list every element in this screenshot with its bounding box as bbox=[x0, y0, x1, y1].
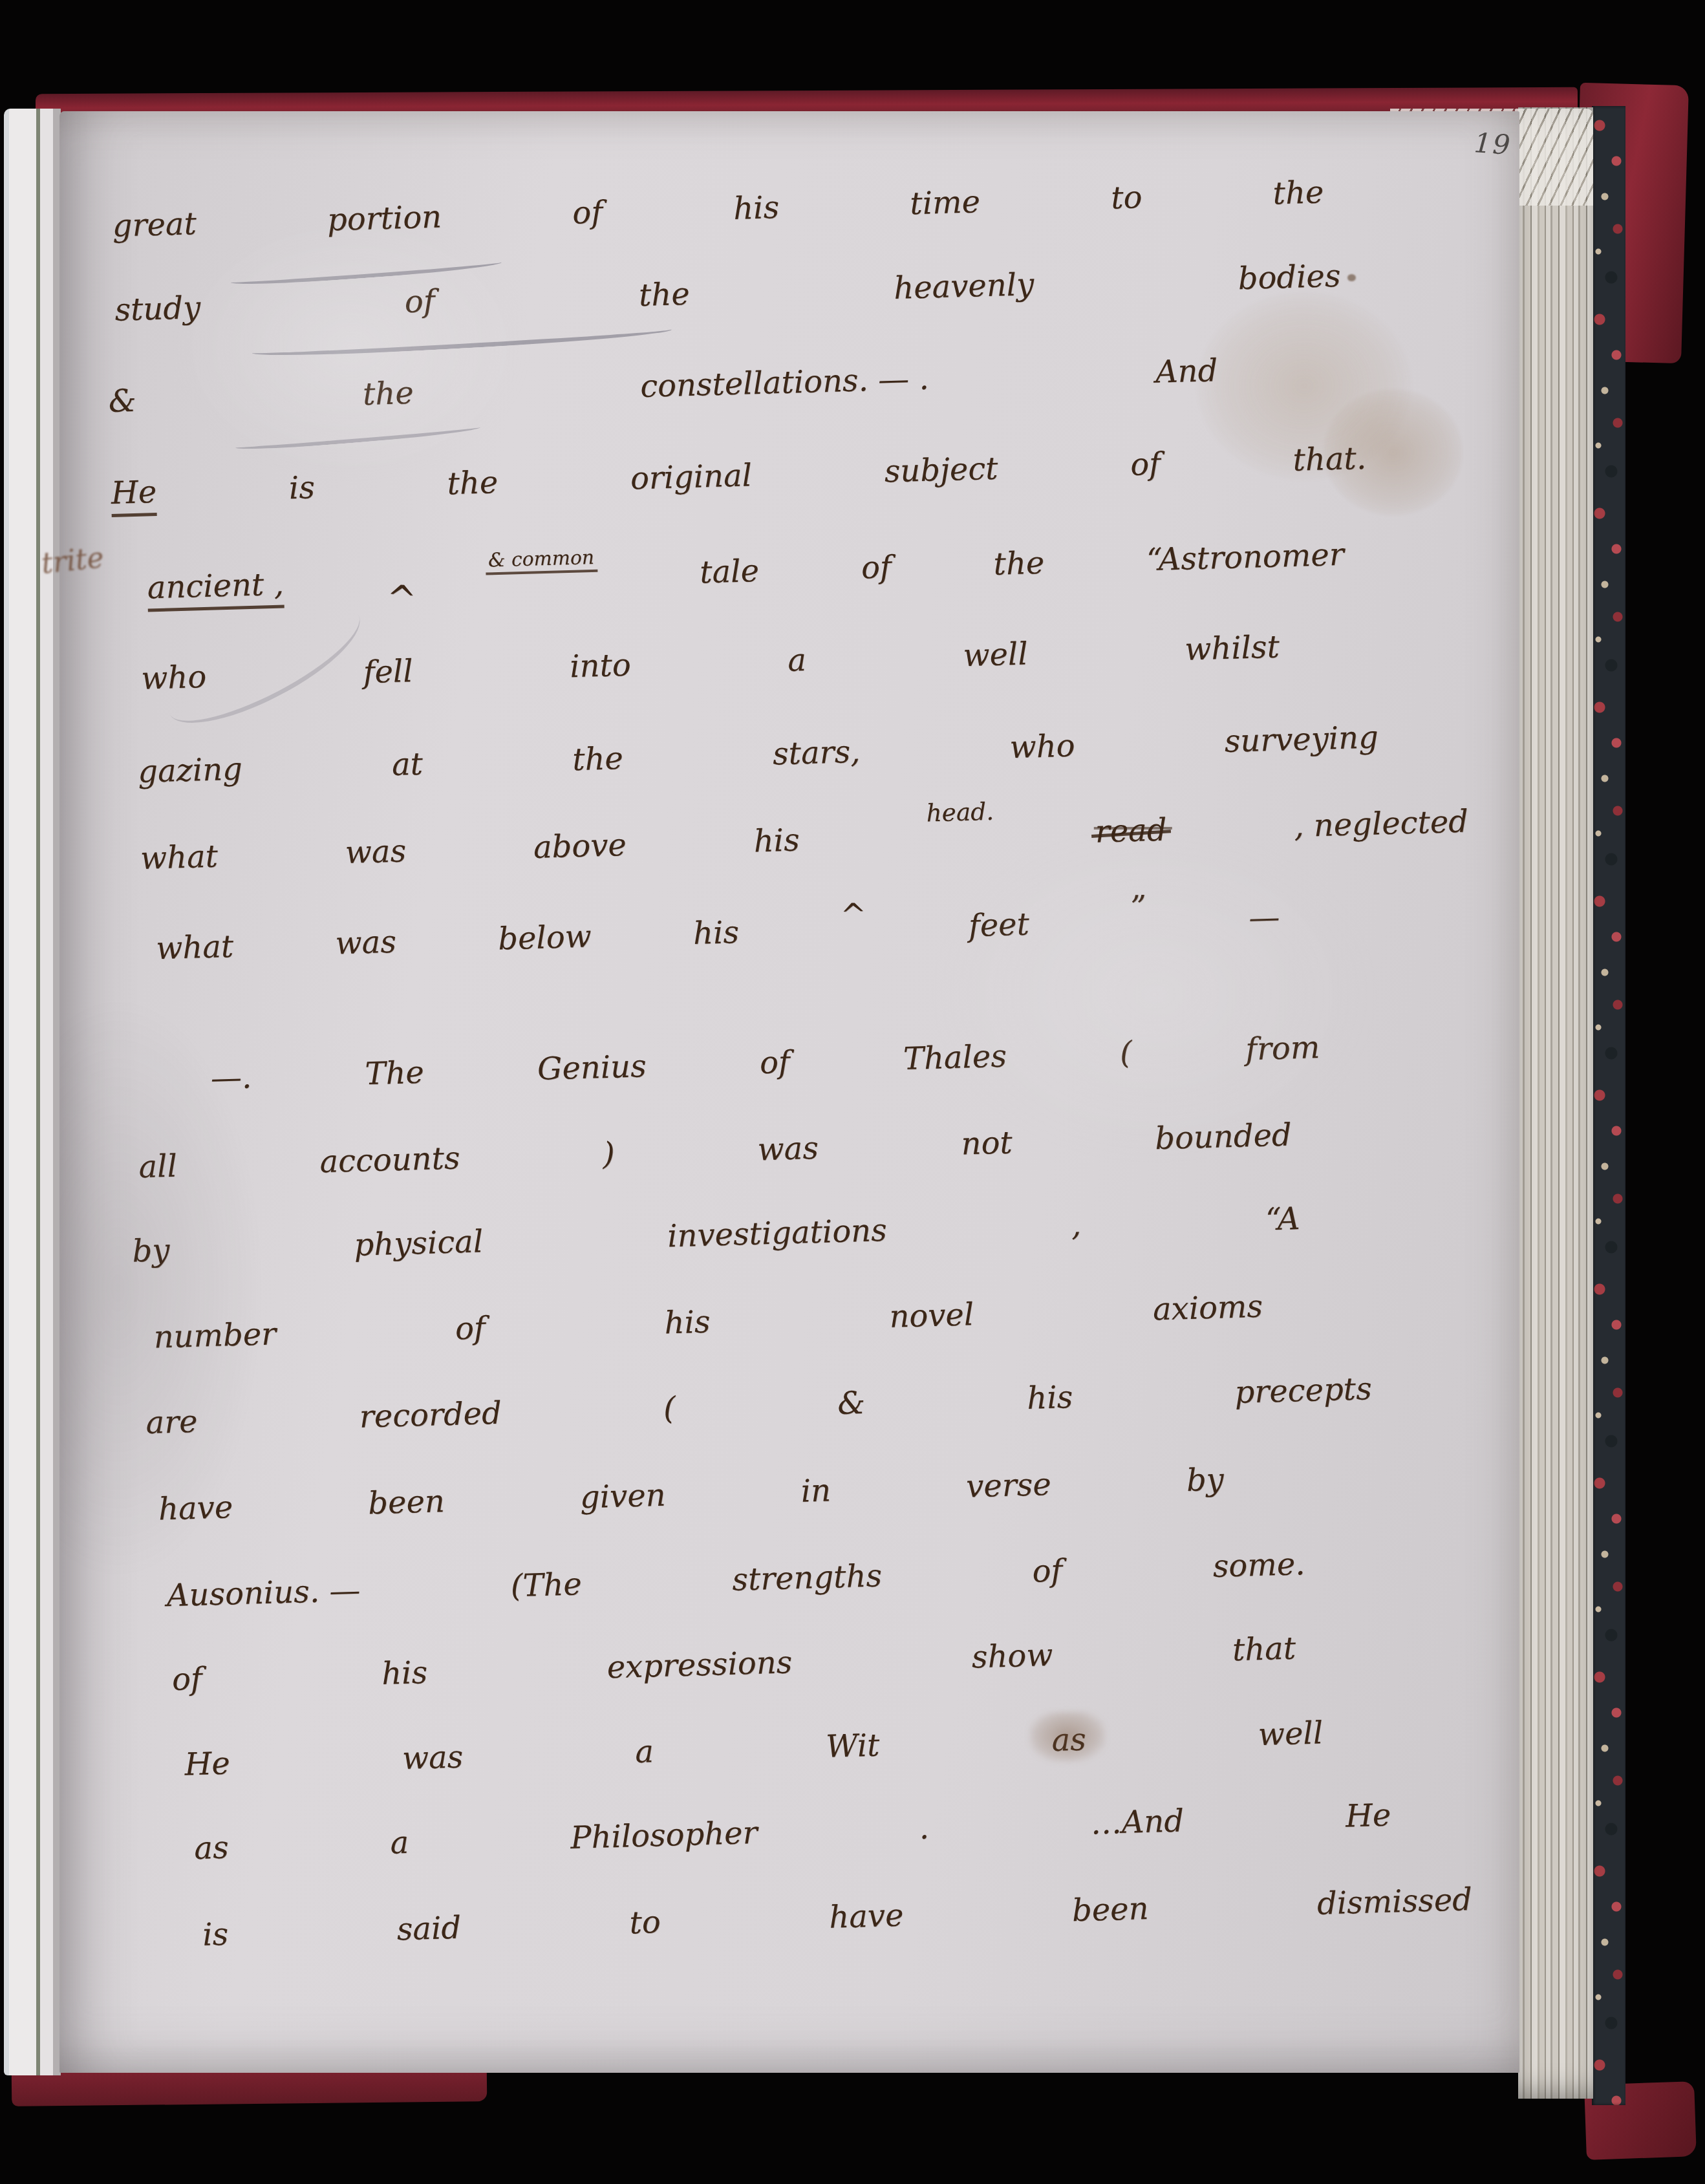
manuscript-word: been bbox=[1071, 1890, 1149, 1929]
pencil-underline-study-of bbox=[252, 322, 672, 359]
manuscript-word: feet bbox=[968, 906, 1029, 945]
manuscript-word: in bbox=[800, 1472, 831, 1509]
manuscript-word: by bbox=[132, 1232, 170, 1270]
manuscript-line: Ausonius. —(Thestrengthsofsome. bbox=[166, 1546, 1305, 1614]
manuscript-line: —.TheGeniusofThales(from bbox=[210, 1029, 1320, 1097]
manuscript-word: head. bbox=[926, 797, 994, 828]
manuscript-word: have bbox=[158, 1489, 233, 1527]
manuscript-word: number bbox=[153, 1316, 277, 1355]
manuscript-word: & common bbox=[485, 546, 597, 575]
manuscript-word: constellations. — . bbox=[639, 361, 929, 405]
manuscript-word: are bbox=[145, 1404, 198, 1441]
manuscript-line: whatwasabovehishead.read, neglected bbox=[140, 804, 1469, 877]
manuscript-word: bodies bbox=[1238, 258, 1341, 297]
manuscript-word: what bbox=[155, 928, 233, 967]
manuscript-word: The bbox=[365, 1055, 425, 1093]
photograph-backdrop: { "book": { "page_number": "19", "margin… bbox=[0, 0, 1705, 2184]
manuscript-word: as bbox=[194, 1830, 230, 1867]
manuscript-word: a bbox=[787, 642, 806, 679]
manuscript-word: He bbox=[1345, 1797, 1391, 1834]
marbled-endpaper-edge bbox=[1592, 106, 1625, 2105]
manuscript-word: He bbox=[184, 1746, 231, 1783]
manuscript-word: recorded bbox=[359, 1395, 502, 1435]
manuscript-line: Heistheoriginalsubjectofthat. bbox=[111, 440, 1367, 517]
manuscript-line: ofhisexpressionsshowthat bbox=[171, 1630, 1296, 1698]
manuscript-word: his bbox=[381, 1654, 427, 1692]
manuscript-word: physical bbox=[354, 1223, 484, 1263]
manuscript-word: is bbox=[202, 1916, 229, 1953]
manuscript-word: And bbox=[1155, 352, 1218, 391]
manuscript-word: who bbox=[1009, 727, 1075, 765]
manuscript-word: & bbox=[837, 1385, 865, 1422]
manuscript-word: was bbox=[345, 833, 407, 871]
manuscript-word: “Astronomer bbox=[1146, 537, 1345, 579]
manuscript-word: ” bbox=[1130, 889, 1147, 926]
manuscript-word: was bbox=[402, 1739, 464, 1777]
manuscript-word: great bbox=[112, 206, 197, 244]
manuscript-word: …And bbox=[1090, 1803, 1185, 1841]
manuscript-word: into bbox=[569, 647, 631, 685]
manuscript-word: of bbox=[1032, 1553, 1063, 1590]
manuscript-word: . bbox=[919, 1810, 930, 1846]
manuscript-word: his bbox=[753, 822, 800, 859]
manuscript-word: all bbox=[138, 1148, 178, 1186]
manuscript-word: have bbox=[829, 1898, 905, 1936]
manuscript-word: the bbox=[362, 375, 414, 412]
manuscript-word: He bbox=[111, 474, 157, 517]
manuscript-word: the bbox=[638, 276, 690, 314]
manuscript-text-block: greatportionofhistimetothestudyoftheheav… bbox=[32, 91, 1547, 2093]
manuscript-word: the bbox=[1272, 174, 1324, 211]
manuscript-word: whilst bbox=[1184, 629, 1280, 668]
manuscript-word: of bbox=[861, 549, 892, 586]
manuscript-word: ( bbox=[1119, 1034, 1132, 1071]
manuscript-word: ^ bbox=[385, 577, 418, 621]
manuscript-word: stars, bbox=[772, 734, 861, 773]
manuscript-word: novel bbox=[889, 1296, 974, 1335]
manuscript-line: HewasaWitaswell bbox=[184, 1715, 1324, 1783]
manuscript-word: Wit bbox=[825, 1728, 880, 1765]
manuscript-word: his bbox=[1027, 1379, 1073, 1417]
manuscript-line: havebeengiveninverseby bbox=[158, 1461, 1224, 1527]
manuscript-word: of bbox=[404, 283, 435, 320]
manuscript-word: his bbox=[692, 914, 739, 952]
margin-note: trite bbox=[40, 541, 105, 581]
manuscript-word: not bbox=[961, 1124, 1013, 1162]
manuscript-word: well bbox=[1258, 1715, 1324, 1753]
manuscript-word: who bbox=[140, 659, 206, 697]
manuscript-word: heavenly bbox=[894, 266, 1035, 306]
manuscript-word: ) bbox=[602, 1136, 615, 1173]
manuscript-word: ^ bbox=[840, 897, 867, 934]
manuscript-word: tale bbox=[699, 553, 759, 591]
manuscript-word: subject bbox=[884, 451, 998, 490]
manuscript-word: axioms bbox=[1152, 1289, 1263, 1328]
manuscript-word: was bbox=[757, 1130, 819, 1168]
manuscript-word: his bbox=[664, 1304, 711, 1342]
manuscript-word: of bbox=[572, 195, 603, 231]
manuscript-word: that. bbox=[1292, 440, 1367, 478]
manuscript-line: studyoftheheavenlybodies bbox=[114, 258, 1342, 328]
manuscript-word: of bbox=[759, 1044, 790, 1081]
manuscript-word: & bbox=[108, 383, 136, 420]
manuscript-word: at bbox=[391, 746, 423, 783]
manuscript-word: given bbox=[579, 1477, 666, 1516]
manuscript-word: above bbox=[533, 827, 627, 866]
manuscript-line: gazingatthestars,whosurveying bbox=[137, 719, 1378, 790]
manuscript-word: portion bbox=[327, 199, 442, 239]
manuscript-word: show bbox=[971, 1637, 1053, 1675]
manuscript-word: a bbox=[390, 1825, 409, 1861]
manuscript-word: his bbox=[733, 189, 779, 227]
manuscript-word: surveying bbox=[1224, 719, 1379, 760]
manuscript-word: what bbox=[140, 839, 218, 877]
manuscript-word: gazing bbox=[137, 751, 242, 789]
manuscript-word: of bbox=[171, 1661, 202, 1698]
manuscript-word: of bbox=[1130, 446, 1161, 483]
manuscript-word: strengths bbox=[732, 1558, 883, 1598]
manuscript-word: a bbox=[635, 1733, 654, 1770]
manuscript-word: study bbox=[114, 290, 201, 328]
manuscript-word: investigations bbox=[667, 1212, 888, 1254]
manuscript-line: allaccounts)wasnotbounded bbox=[138, 1117, 1292, 1185]
manuscript-word: to bbox=[629, 1904, 661, 1941]
manuscript-line: numberofhisnovelaxioms bbox=[153, 1289, 1263, 1356]
manuscript-line: whofellintoawellwhilst bbox=[140, 629, 1280, 697]
manuscript-line: issaidtohavebeendismissed bbox=[202, 1881, 1472, 1953]
manuscript-word: to bbox=[1110, 179, 1142, 216]
manuscript-word: the bbox=[572, 740, 623, 778]
manuscript-word: Genius bbox=[537, 1048, 647, 1087]
manuscript-word: by bbox=[1186, 1461, 1224, 1499]
manuscript-word: original bbox=[630, 457, 753, 497]
manuscript-page: greatportionofhistimetothestudyoftheheav… bbox=[59, 111, 1519, 2073]
manuscript-word: dismissed bbox=[1316, 1881, 1472, 1922]
manuscript-line: byphysicalinvestigations,“A bbox=[132, 1201, 1300, 1269]
manuscript-line: ancient ,^& commontaleofthe“Astronomer bbox=[147, 533, 1345, 612]
manuscript-word: , neglected bbox=[1294, 804, 1469, 845]
manuscript-word: well bbox=[963, 636, 1029, 674]
manuscript-word: fell bbox=[363, 653, 413, 691]
manuscript-word: as bbox=[1051, 1722, 1087, 1759]
manuscript-word: from bbox=[1245, 1029, 1320, 1067]
manuscript-line: whatwasbelowhis^feet”— bbox=[155, 899, 1280, 967]
manuscript-line: greatportionofhistimetothe bbox=[112, 174, 1324, 244]
pencil-underline-the bbox=[235, 422, 480, 452]
manuscript-word: of bbox=[455, 1310, 486, 1347]
manuscript-word: below bbox=[497, 918, 592, 957]
manuscript-line: arerecorded(&hisprecepts bbox=[145, 1371, 1373, 1441]
manuscript-word: accounts bbox=[319, 1140, 461, 1180]
manuscript-word: Ausonius. — bbox=[166, 1572, 361, 1614]
manuscript-word: the bbox=[447, 464, 499, 502]
manuscript-word: some. bbox=[1212, 1546, 1305, 1585]
manuscript-word: was bbox=[335, 924, 397, 962]
manuscript-word: the bbox=[993, 545, 1045, 583]
manuscript-line: asaPhilosopher.…AndHe bbox=[194, 1797, 1391, 1867]
manuscript-word: is bbox=[288, 469, 316, 506]
page-number: 19 bbox=[1473, 127, 1512, 161]
manuscript-word: precepts bbox=[1234, 1371, 1372, 1411]
manuscript-word: (The bbox=[510, 1566, 583, 1604]
manuscript-word: expressions bbox=[606, 1644, 793, 1686]
manuscript-word: , bbox=[1071, 1206, 1082, 1243]
manuscript-word: Philosopher bbox=[570, 1815, 758, 1856]
manuscript-word: ancient , bbox=[147, 566, 284, 612]
manuscript-word: Thales bbox=[903, 1038, 1007, 1077]
manuscript-line: &theconstellations. — .And bbox=[108, 352, 1218, 420]
manuscript-word: — bbox=[1248, 899, 1280, 936]
manuscript-word: time bbox=[910, 184, 981, 222]
manuscript-word: been bbox=[368, 1483, 445, 1521]
manuscript-word: read bbox=[1095, 812, 1167, 850]
manuscript-word: verse bbox=[965, 1466, 1051, 1505]
manuscript-word: that bbox=[1232, 1630, 1296, 1668]
manuscript-word: “A bbox=[1265, 1201, 1300, 1237]
manuscript-word: —. bbox=[210, 1059, 252, 1097]
manuscript-word: ( bbox=[663, 1390, 676, 1427]
manuscript-word: bounded bbox=[1155, 1117, 1292, 1157]
manuscript-word: said bbox=[396, 1910, 462, 1948]
